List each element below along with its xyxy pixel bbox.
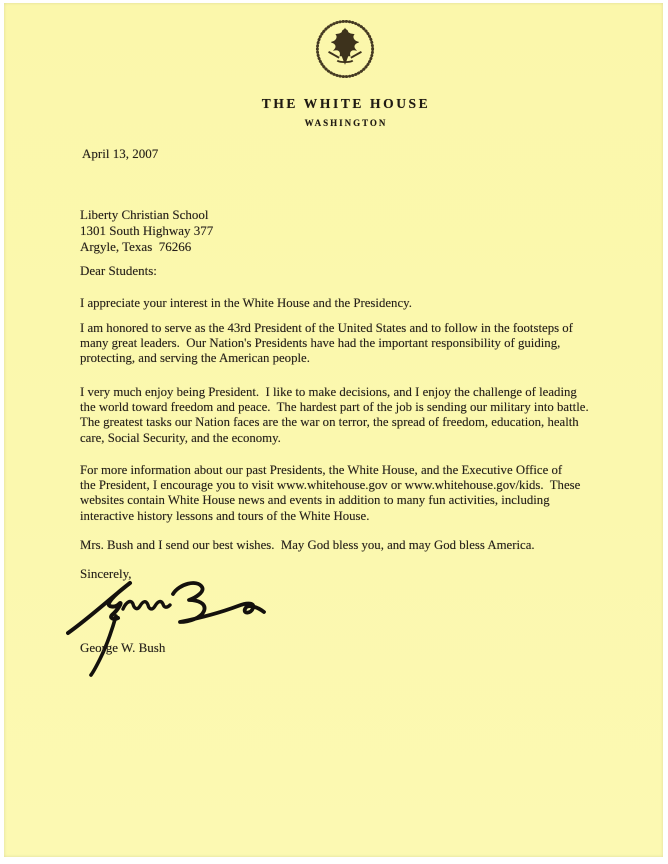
body-paragraph: I very much enjoy being President. I lik…	[80, 385, 625, 446]
letter-paper: THE WHITE HOUSE WASHINGTON April 13, 200…	[4, 3, 663, 857]
letterhead-title: THE WHITE HOUSE	[80, 96, 612, 112]
recipient-line: Liberty Christian School	[80, 207, 213, 223]
signature-typed-name: George W. Bush	[80, 640, 165, 656]
body-paragraph: I am honored to serve as the 43rd Presid…	[80, 321, 625, 367]
salutation: Dear Students:	[80, 263, 157, 279]
body-paragraph: I appreciate your interest in the White …	[80, 296, 625, 311]
presidential-seal-icon	[314, 18, 376, 80]
signature-autograph	[66, 575, 266, 677]
recipient-line: 1301 South Highway 377	[80, 223, 213, 239]
body-paragraph: Mrs. Bush and I send our best wishes. Ma…	[80, 538, 625, 553]
letter-date: April 13, 2007	[82, 146, 158, 162]
recipient-line: Argyle, Texas 76266	[80, 239, 213, 255]
recipient-address-block: Liberty Christian School 1301 South High…	[80, 207, 213, 255]
letterhead-subtitle: WASHINGTON	[80, 118, 612, 128]
body-paragraph: For more information about our past Pres…	[80, 463, 625, 524]
